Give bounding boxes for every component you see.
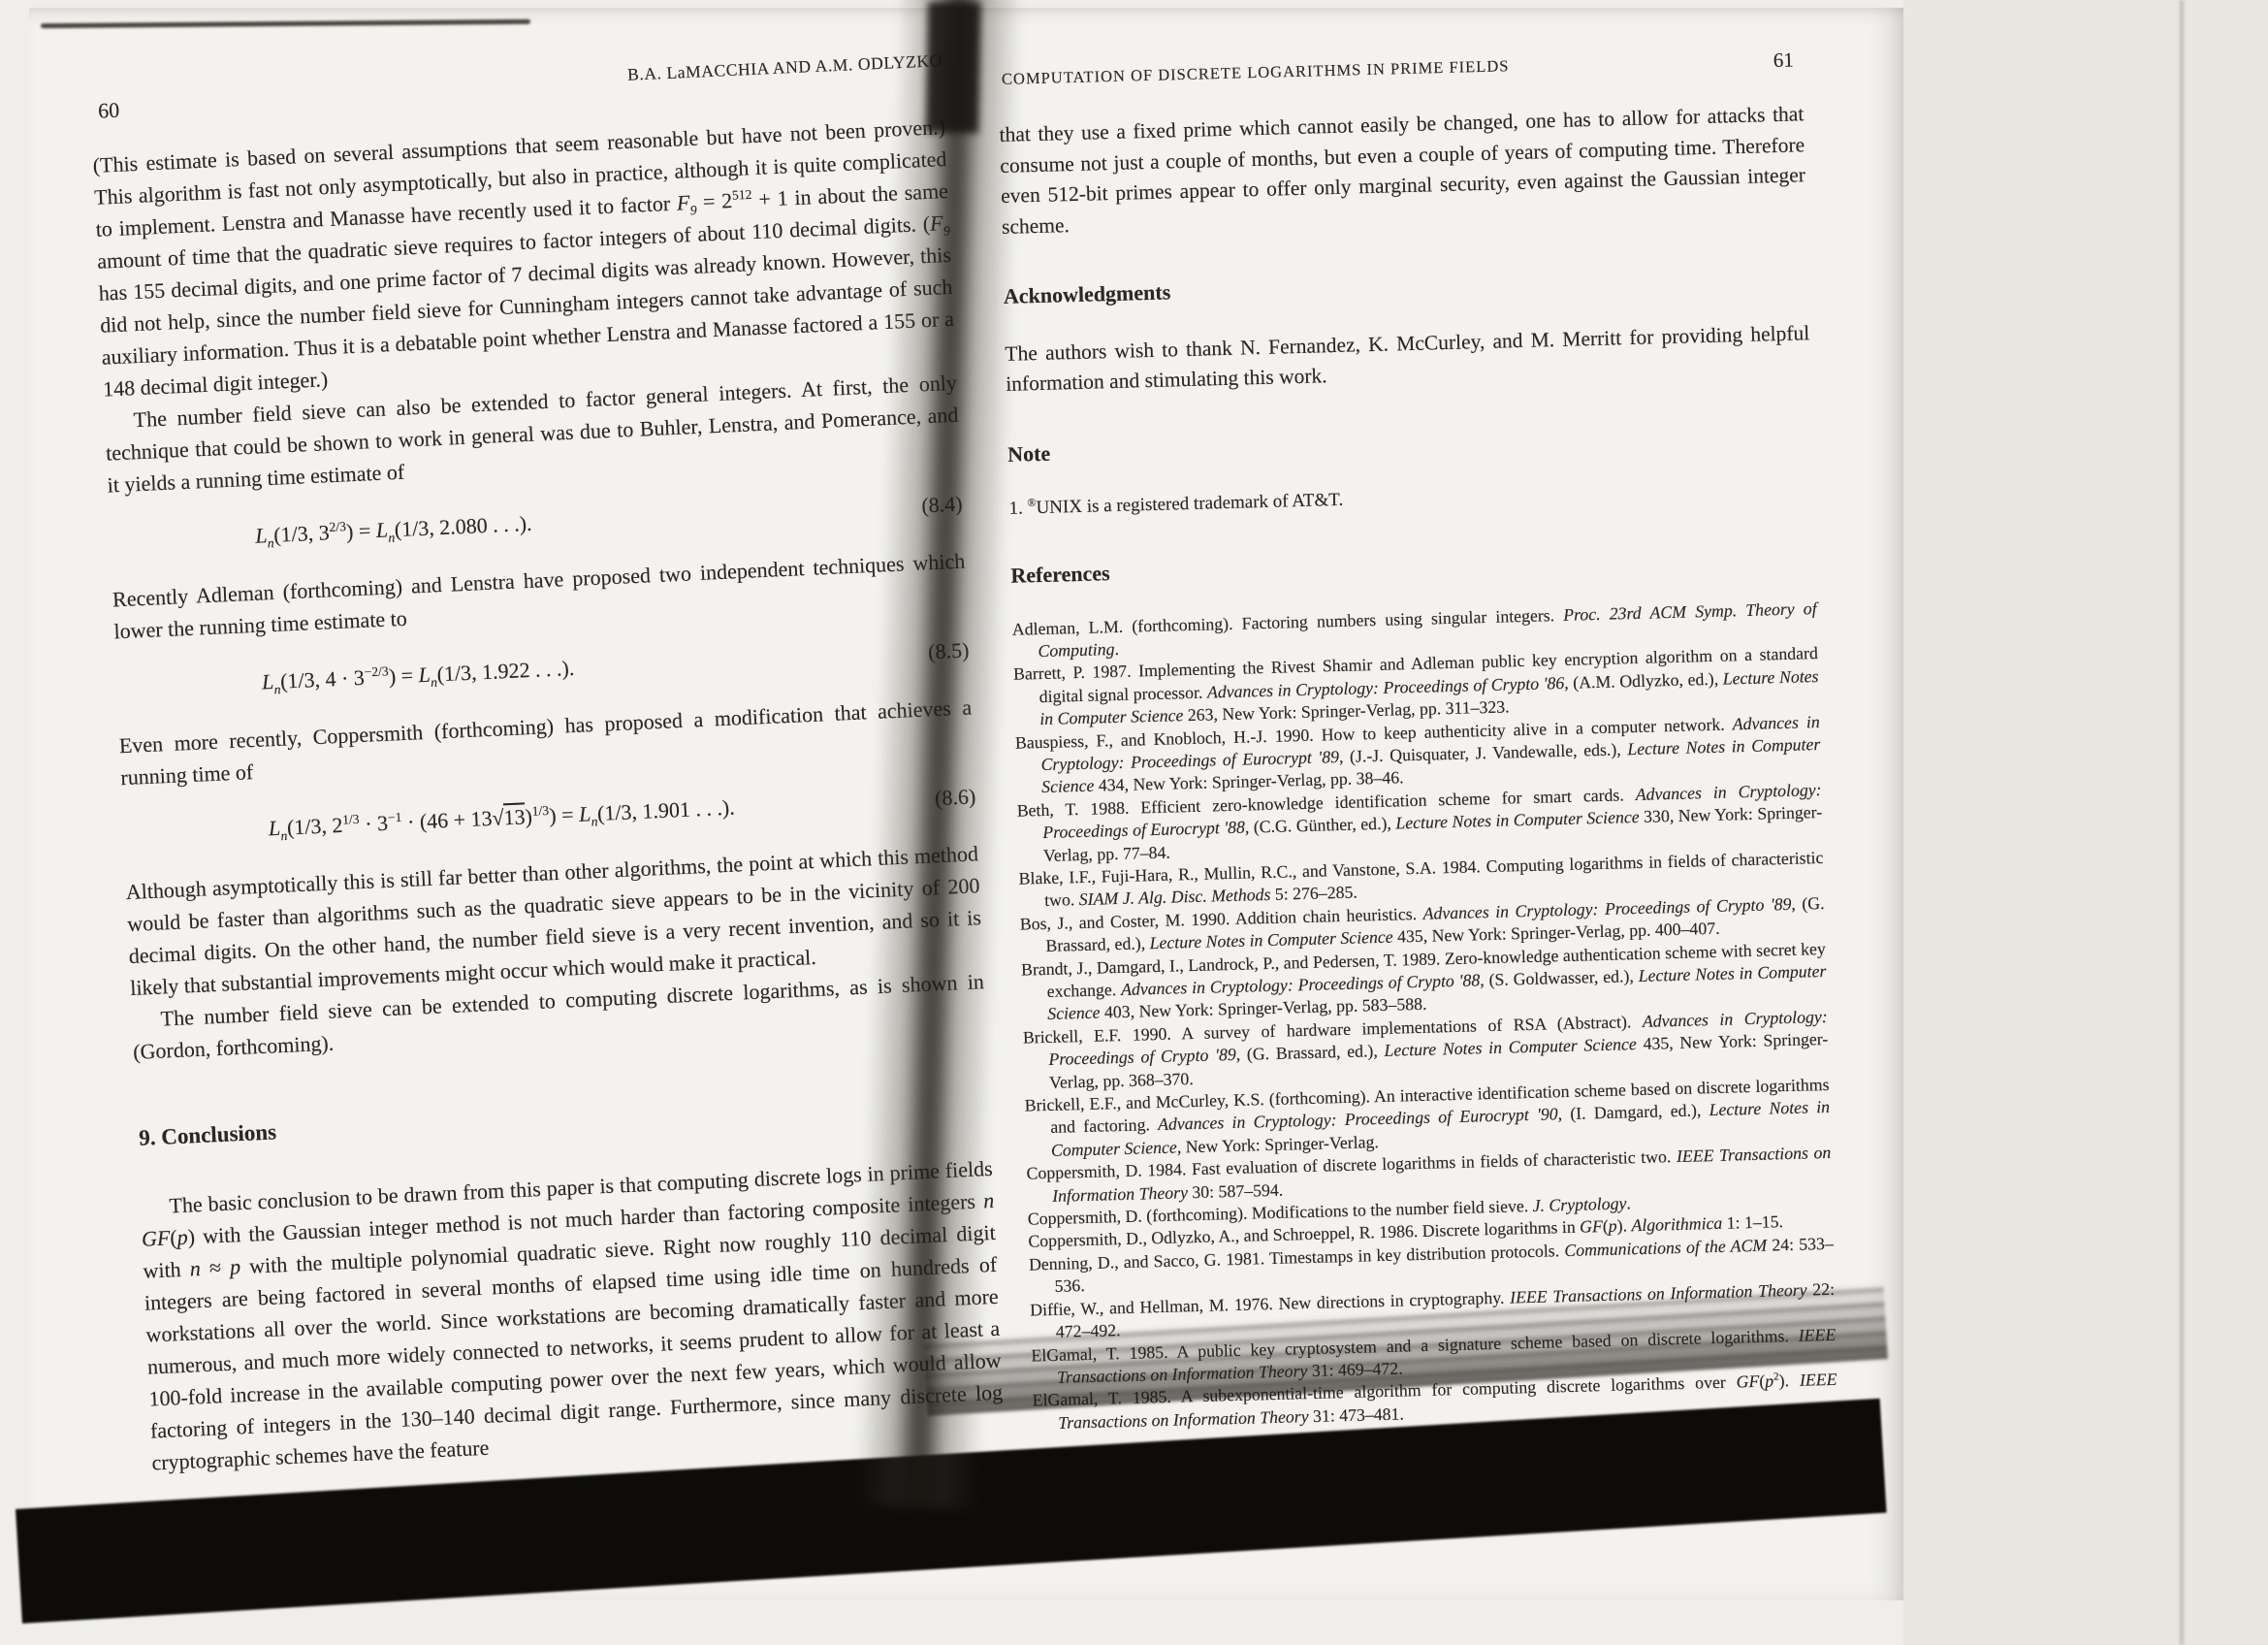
equation-row: Ln(1/3, 21/3 · 3−1 · (46 + 13√13)1/3) = … bbox=[122, 780, 976, 851]
equation-row: Ln(1/3, 4 · 3−2/3) = Ln(1/3, 1.922 . . .… bbox=[115, 633, 970, 704]
equation: Ln(1/3, 21/3 · 3−1 · (46 + 13√13)1/3) = … bbox=[122, 791, 735, 852]
equation: Ln(1/3, 4 · 3−2/3) = Ln(1/3, 1.922 . . .… bbox=[115, 652, 575, 704]
book-gutter-shadow-top bbox=[926, 2, 980, 134]
equation-row: Ln(1/3, 32/3) = Ln(1/3, 2.080 . . .).(8.… bbox=[110, 488, 964, 559]
right-page-number: 61 bbox=[1773, 45, 1794, 76]
acknowledgments-heading: Acknowledgments bbox=[1003, 260, 1808, 311]
note-item: 1. ®UNIX is a registered trademark of AT… bbox=[1008, 475, 1813, 522]
paragraph: Recently Adleman (forthcoming) and Lenst… bbox=[112, 545, 967, 648]
left-page-number: 60 bbox=[97, 94, 119, 127]
scanner-edge-line bbox=[2180, 0, 2184, 1645]
note-heading: Note bbox=[1007, 418, 1813, 469]
references-heading: References bbox=[1010, 539, 1816, 591]
paragraph: (This estimate is based on several assum… bbox=[92, 111, 956, 405]
equation: Ln(1/3, 32/3) = Ln(1/3, 2.080 . . .). bbox=[110, 507, 533, 559]
paragraph: Even more recently, Coppersmith (forthco… bbox=[118, 691, 974, 793]
scanner-background-strip bbox=[1903, 0, 2268, 1645]
right-page: 61 COMPUTATION OF DISCRETE LOGARITHMS IN… bbox=[997, 19, 1837, 1435]
section-heading: 9. Conclusions bbox=[139, 1083, 991, 1154]
paragraph: The authors wish to thank N. Fernandez, … bbox=[1005, 318, 1810, 401]
